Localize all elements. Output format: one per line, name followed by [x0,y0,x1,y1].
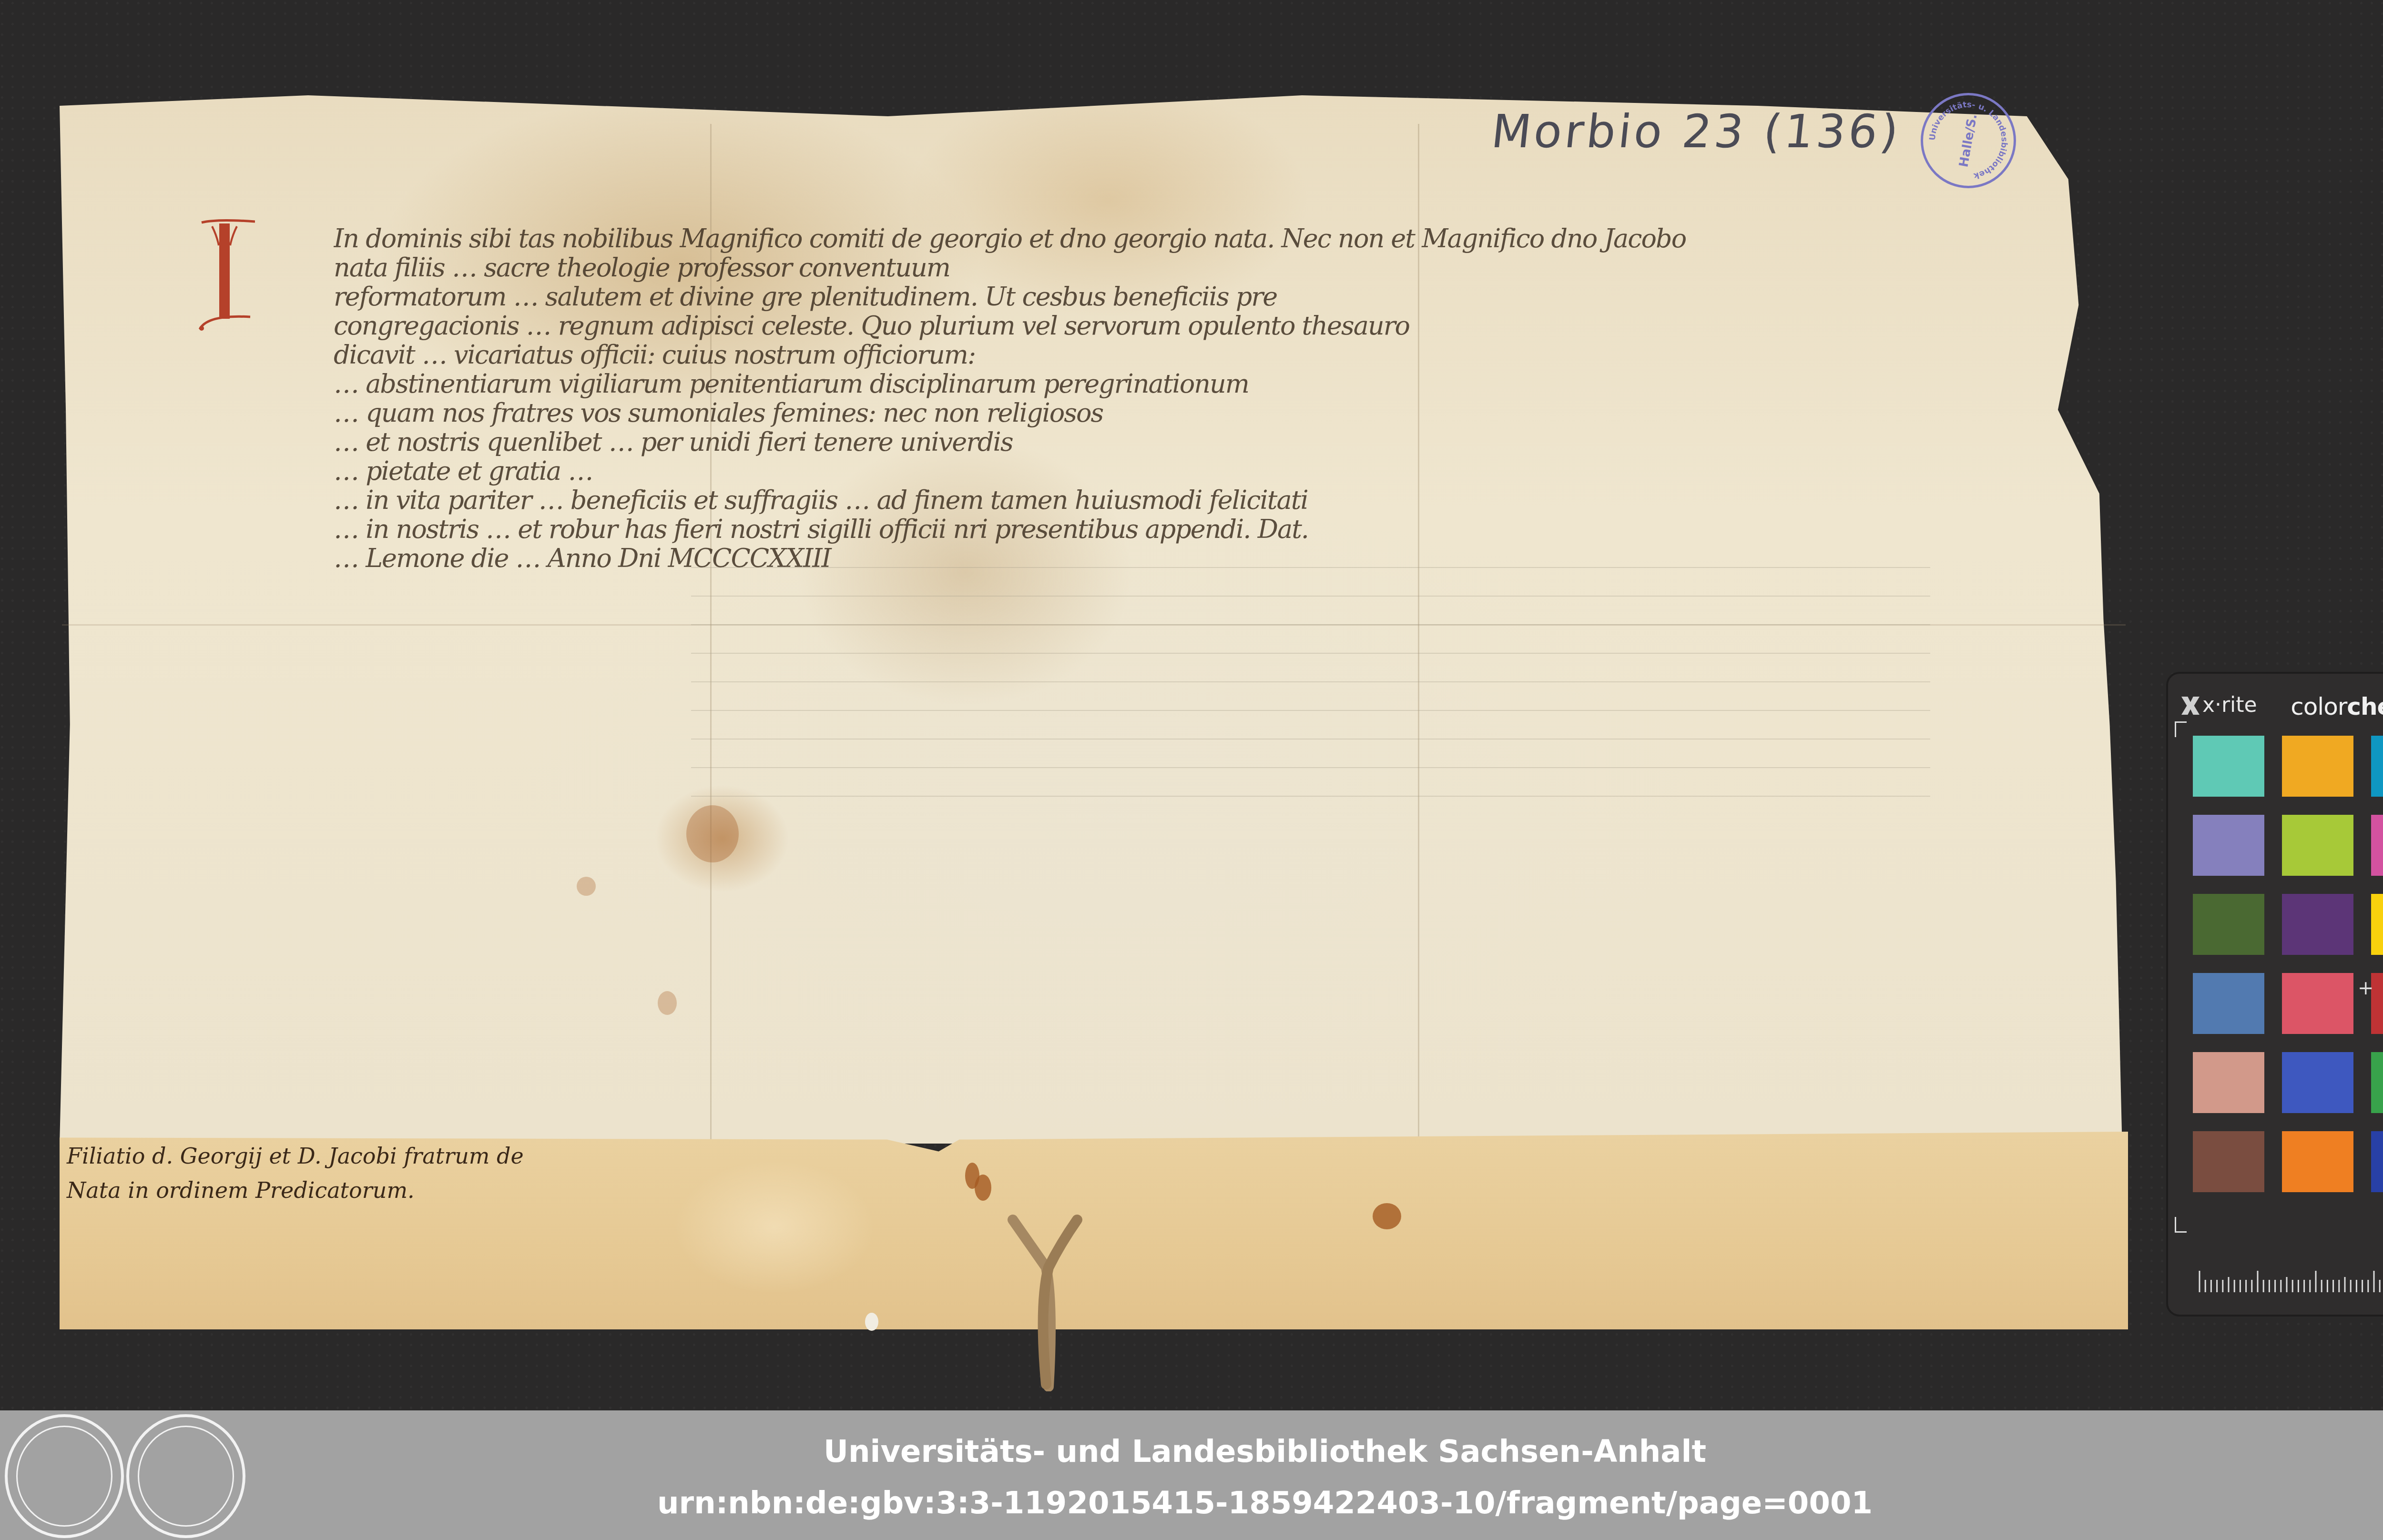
color-patch [2371,736,2383,797]
colorchecker-title: colorcheckerCLASSIC [2291,693,2383,720]
color-patch [2193,894,2264,955]
color-patch [2193,815,2264,876]
stain [975,1175,991,1201]
color-patch [2193,1131,2264,1192]
archival-note-line: Nata in ordinem Predicatorum. [67,1173,524,1207]
stain [577,877,596,896]
text-line: nata filiis … sacre theologie professor … [334,253,2002,282]
registration-mark [2175,721,2187,737]
text-line: … abstinentiarum vigiliarum penitentiaru… [334,369,2002,398]
red-initial-icon [198,217,255,331]
library-stamp: Universitäts- u. Landesbibliothek Halle/… [1921,93,2016,188]
color-patch [2282,973,2353,1034]
color-patch [2282,894,2353,955]
color-patch [2282,1131,2353,1192]
seal-hole [865,1313,878,1331]
xrite-logo: x·rite [2181,693,2257,717]
color-patch [2371,894,2383,955]
color-patch [2282,736,2353,797]
text-line: congregacionis … regnum adipisci celeste… [334,311,2002,340]
text-line: … pietate et gratia … [334,456,2002,486]
color-patch [2193,1052,2264,1113]
urn-identifier: urn:nbn:de:gbv:3:3-1192015415-1859422403… [0,1486,2383,1521]
text-line: … Lemone die … Anno Dni MCCCCXXIII [334,544,2002,573]
color-patch [2371,815,2383,876]
colorchecker-card: x·rite colorcheckerCLASSIC + mm [2166,672,2383,1317]
text-line: dicavit … vicariatus officii: cuius nost… [334,340,2002,369]
archival-note: Filiatio d. Georgij et D. Jacobi fratrum… [67,1139,524,1207]
color-patch-grid [2193,736,2383,1192]
seal-cord-icon [1006,1210,1091,1391]
color-patch [2193,736,2264,797]
color-patch [2193,973,2264,1034]
charter-text: In dominis sibi tas nobilibus Magnifico … [334,224,2002,573]
footer-bar: Universitäts- und Landesbibliothek Sachs… [0,1410,2383,1540]
text-line: … et nostris quenlibet … per unidi fieri… [334,427,2002,456]
text-line: … in vita pariter … beneficiis et suffra… [334,486,2002,515]
stain [658,991,677,1015]
mm-ruler-icon [2197,1265,2383,1293]
color-patch [2371,1052,2383,1113]
text-line: … quam nos fratres vos sumoniales femine… [334,398,2002,427]
crosshair-icon: + [2358,979,2374,998]
institution-name: Universitäts- und Landesbibliothek Sachs… [0,1434,2383,1469]
text-line: … in nostris … et robur has fieri nostri… [334,515,2002,544]
color-patch [2371,1131,2383,1192]
color-patch [2282,815,2353,876]
shelfmark: Morbio 23 (136) [1489,105,1904,158]
registration-mark [2175,1217,2187,1233]
color-patch [2282,1052,2353,1113]
text-line: In dominis sibi tas nobilibus Magnifico … [334,224,2002,253]
stain [1373,1203,1401,1229]
text-line: reformatorum … salutem et divine gre ple… [334,282,2002,311]
xrite-icon [2181,697,2200,715]
archival-note-line: Filiatio d. Georgij et D. Jacobi fratrum… [67,1139,524,1173]
stain [686,805,739,862]
